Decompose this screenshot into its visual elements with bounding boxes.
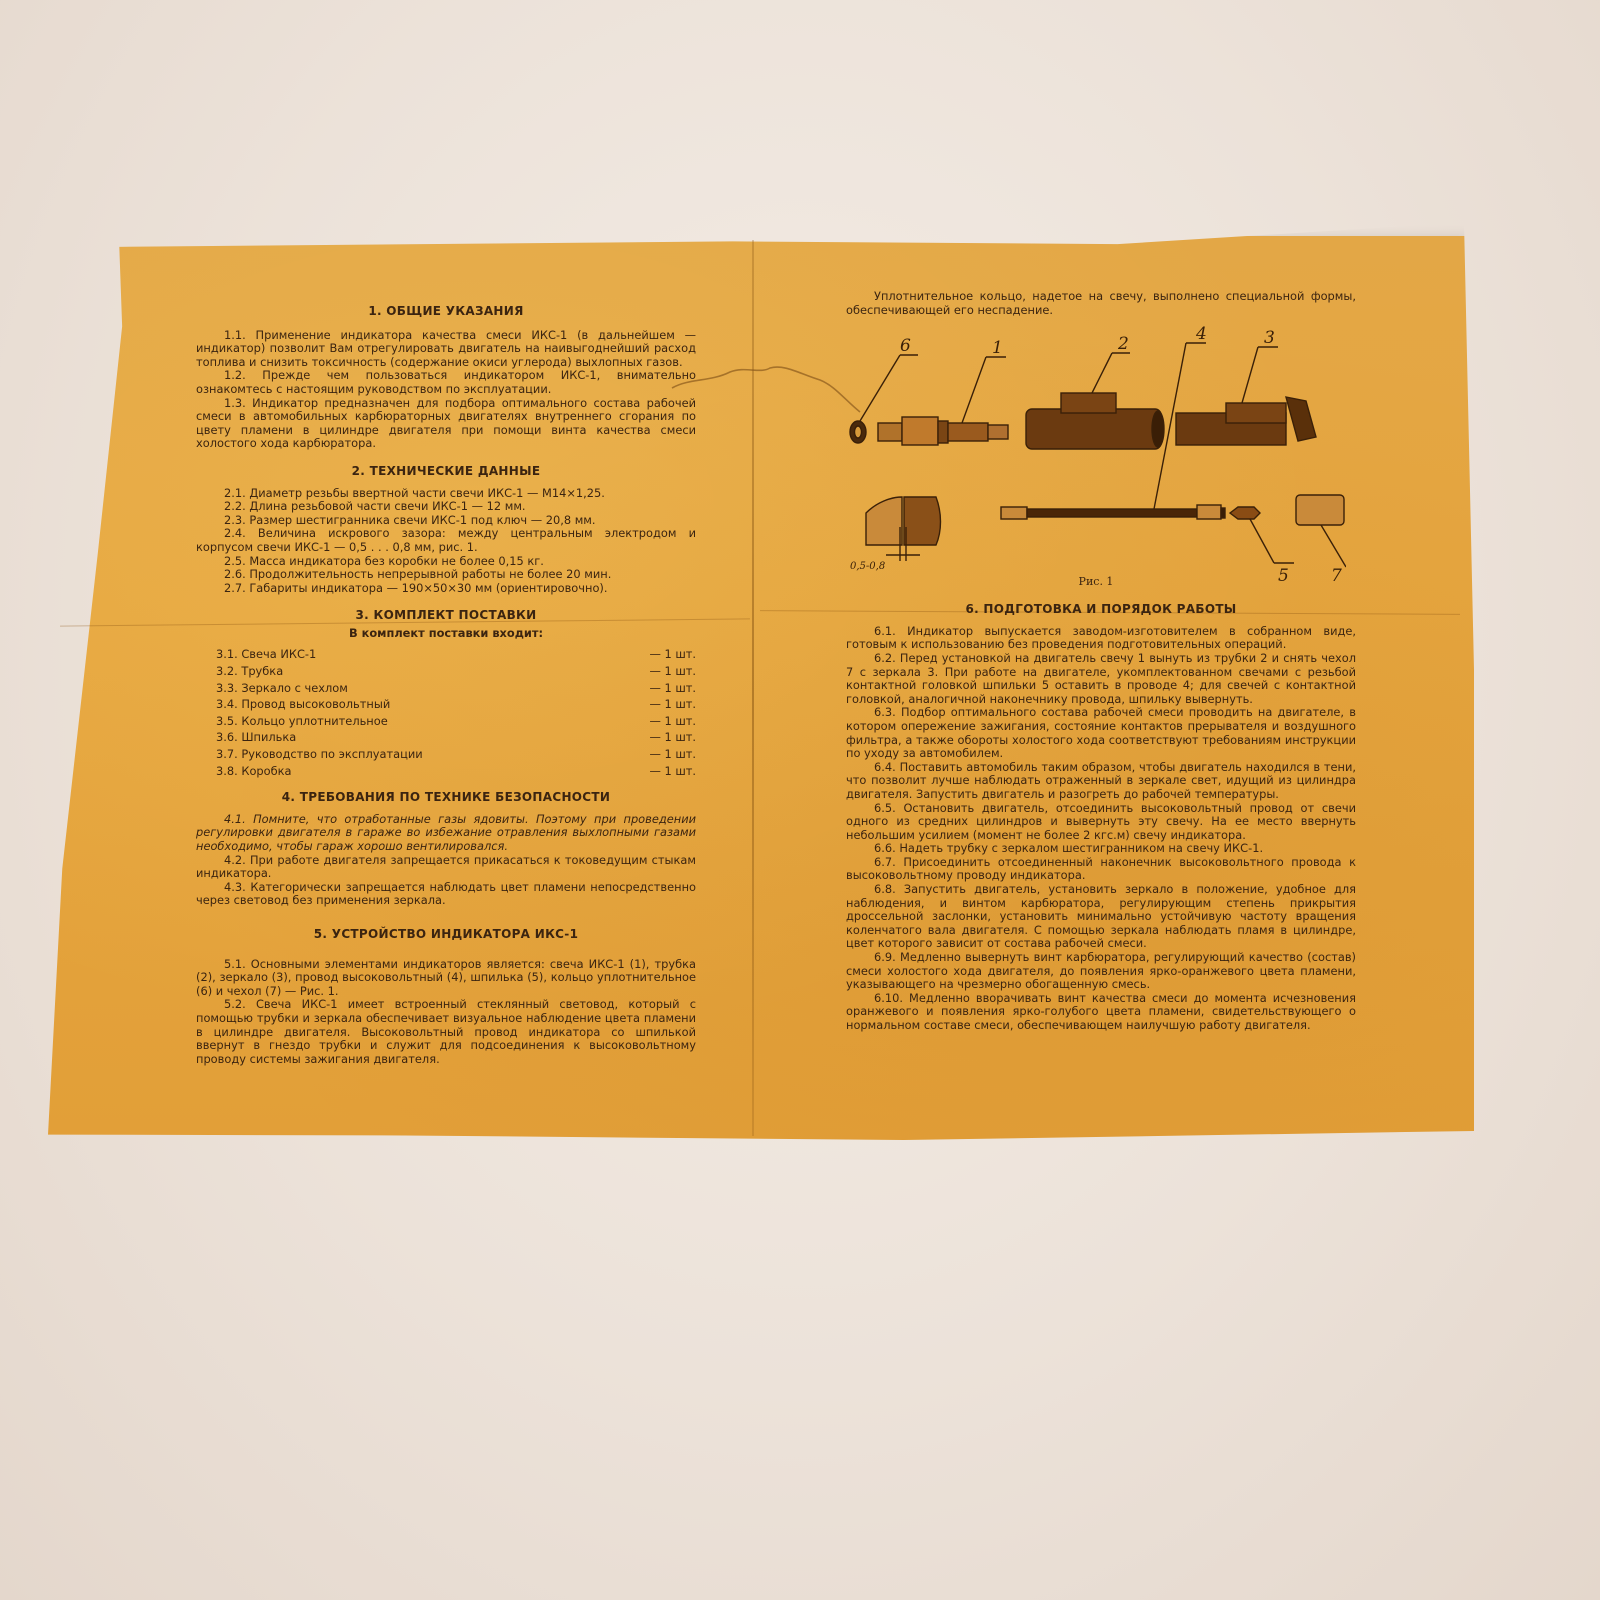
part-label-2: 2 — [1117, 334, 1129, 354]
part-label-6: 6 — [900, 336, 911, 356]
figure-caption: Рис. 1 — [846, 575, 1346, 589]
paragraph: 2.2. Длина резьбовой части свечи ИКС-1 —… — [196, 500, 696, 514]
part-label-1: 1 — [992, 338, 1003, 358]
paragraph: 2.4. Величина искрового зазора: между це… — [196, 527, 696, 554]
paragraph: 4.1. Помните, что отработанные газы ядов… — [196, 813, 696, 854]
left-page: 1. ОБЩИЕ УКАЗАНИЯ 1.1. Применение индика… — [196, 305, 696, 1066]
paragraph: 1.2. Прежде чем пользоваться индикатором… — [196, 369, 696, 396]
section-6-heading: 6. ПОДГОТОВКА И ПОРЯДОК РАБОТЫ — [846, 603, 1356, 617]
paragraph: 1.1. Применение индикатора качества смес… — [196, 329, 696, 370]
gap-label: 0,5-0,8 — [850, 561, 885, 572]
paragraph: 2.7. Габариты индикатора — 190×50×30 мм … — [196, 582, 696, 596]
paragraph: 6.1. Индикатор выпускается заводом-изгот… — [846, 625, 1356, 652]
intro-paragraph: Уплотнительное кольцо, надетое на свечу,… — [846, 290, 1356, 317]
list-item: 3.8. Коробка— 1 шт. — [216, 763, 696, 780]
figure-1: 6 1 2 4 3 5 7 0,5-0,8 Рис. 1 — [846, 317, 1346, 587]
paragraph: 6.9. Медленно вывернуть винт карбюратора… — [846, 951, 1356, 992]
paragraph: 6.4. Поставить автомобиль таким образом,… — [846, 761, 1356, 802]
paragraph: 2.3. Размер шестигранника свечи ИКС-1 по… — [196, 514, 696, 528]
paragraph: 6.6. Надеть трубку с зеркалом шестигранн… — [846, 842, 1356, 856]
section-2-heading: 2. ТЕХНИЧЕСКИЕ ДАННЫЕ — [196, 465, 696, 479]
paragraph: 6.5. Остановить двигатель, отсоединить в… — [846, 802, 1356, 843]
paragraph: 4.3. Категорически запрещается наблюдать… — [196, 881, 696, 908]
paragraph: 1.3. Индикатор предназначен для подбора … — [196, 397, 696, 451]
paragraph: 4.2. При работе двигателя запрещается пр… — [196, 854, 696, 881]
paragraph: 6.2. Перед установкой на двигатель свечу… — [846, 652, 1356, 706]
paragraph: 6.8. Запустить двигатель, установить зер… — [846, 883, 1356, 951]
paragraph: 5.2. Свеча ИКС-1 имеет встроенный стекля… — [196, 998, 696, 1066]
paragraph: 6.3. Подбор оптимального состава рабочей… — [846, 706, 1356, 760]
section-5-heading: 5. УСТРОЙСТВО ИНДИКАТОРА ИКС-1 — [196, 928, 696, 942]
list-item: 3.6. Шпилька— 1 шт. — [216, 729, 696, 746]
section-4-heading: 4. ТРЕБОВАНИЯ ПО ТЕХНИКЕ БЕЗОПАСНОСТИ — [196, 791, 696, 805]
paragraph: 2.6. Продолжительность непрерывной работ… — [196, 568, 696, 582]
section-3-heading: 3. КОМПЛЕКТ ПОСТАВКИ — [196, 609, 696, 623]
list-item: 3.7. Руководство по эксплуатации— 1 шт. — [216, 746, 696, 763]
list-item: 3.3. Зеркало с чехлом— 1 шт. — [216, 680, 696, 697]
section-3-subheading: В комплект поставки входит: — [196, 627, 696, 641]
part-label-3: 3 — [1264, 328, 1275, 348]
paragraph: 2.5. Масса индикатора без коробки не бол… — [196, 555, 696, 569]
part-label-4: 4 — [1195, 324, 1207, 344]
paragraph: 2.1. Диаметр резьбы ввертной части свечи… — [196, 487, 696, 501]
paragraph: 5.1. Основными элементами индикаторов яв… — [196, 958, 696, 999]
list-item: 3.5. Кольцо уплотнительное— 1 шт. — [216, 713, 696, 730]
list-item: 3.2. Трубка— 1 шт. — [216, 663, 696, 680]
list-item: 3.4. Провод высоковольтный— 1 шт. — [216, 696, 696, 713]
section-1-heading: 1. ОБЩИЕ УКАЗАНИЯ — [196, 305, 696, 319]
paragraph: 6.10. Медленно вворачивать винт качества… — [846, 992, 1356, 1033]
indicator-parts-diagram: 6 1 2 4 3 5 7 0,5-0,8 — [846, 317, 1346, 587]
paper-tear — [670, 360, 870, 420]
delivery-list: 3.1. Свеча ИКС-1— 1 шт. 3.2. Трубка— 1 ш… — [216, 646, 696, 779]
paragraph: 6.7. Присоединить отсоединенный наконечн… — [846, 856, 1356, 883]
list-item: 3.1. Свеча ИКС-1— 1 шт. — [216, 646, 696, 663]
right-page: Уплотнительное кольцо, надетое на свечу,… — [846, 290, 1356, 1033]
